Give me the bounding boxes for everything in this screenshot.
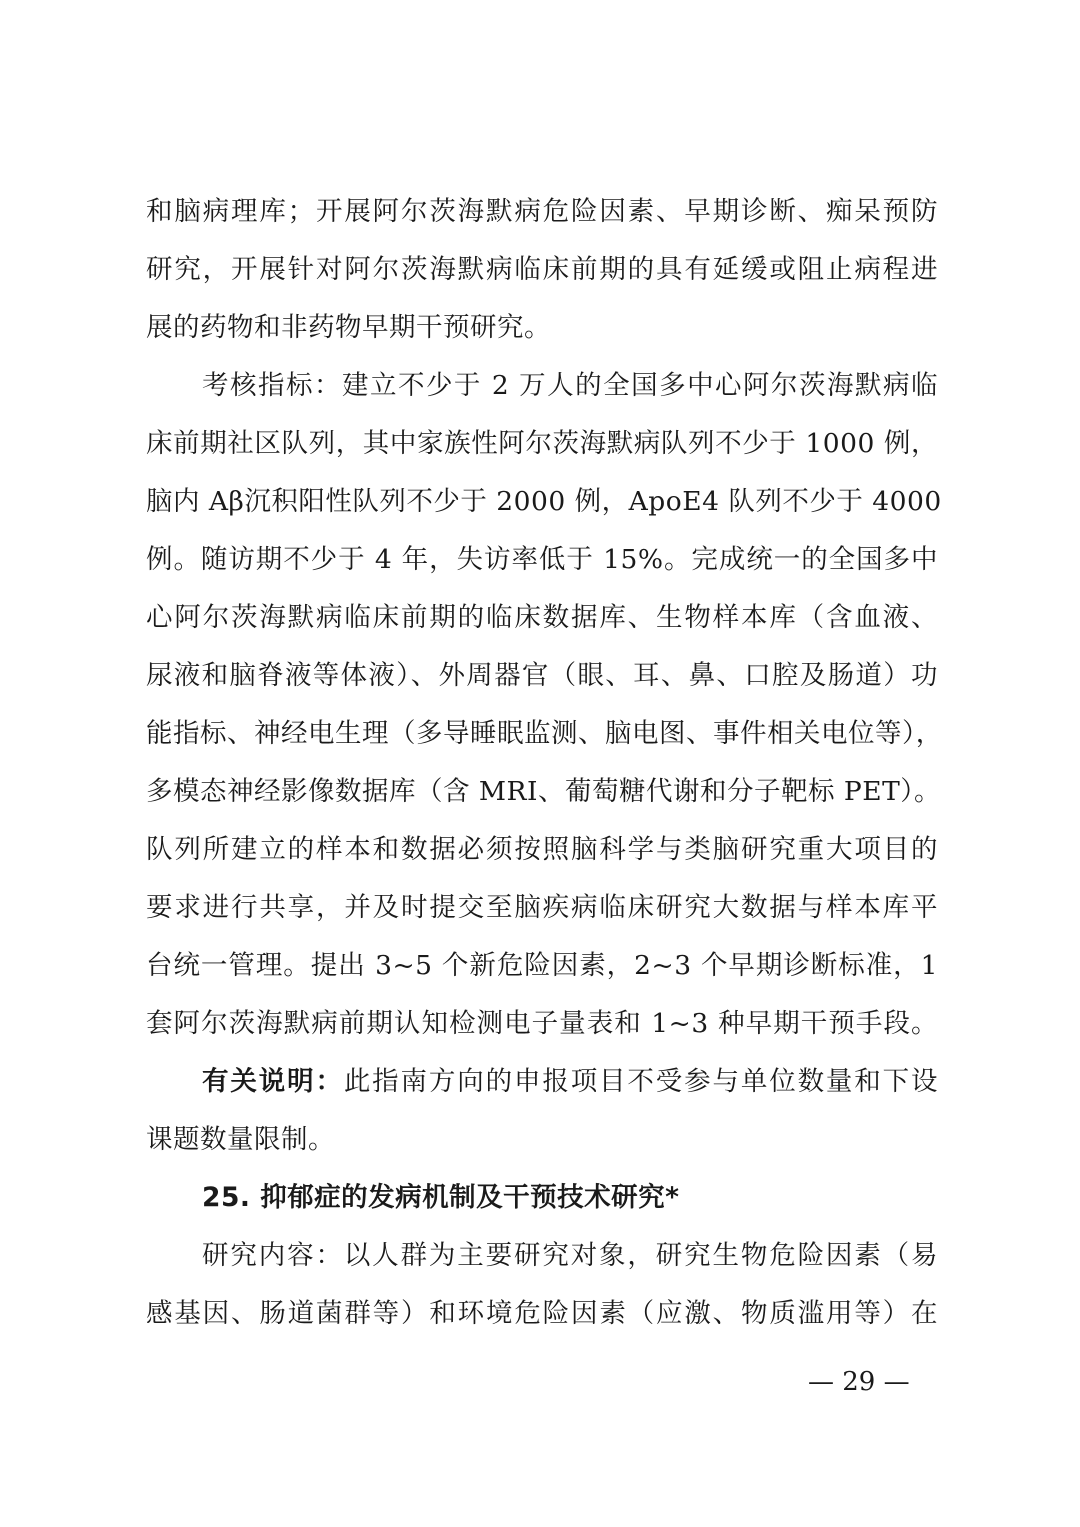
text-line: 能指标、神经电生理（多导睡眠监测、脑电图、事件相关电位等）， bbox=[146, 714, 938, 754]
text-line: 要求进行共享，并及时提交至脑疾病临床研究大数据与样本库平 bbox=[146, 888, 938, 928]
section-heading: 25. 抑郁症的发病机制及干预技术研究* bbox=[202, 1178, 938, 1218]
text-line: 课题数量限制。 bbox=[146, 1120, 938, 1160]
related-notes-text: 此指南方向的申报项目不受参与单位数量和下设 bbox=[344, 1066, 938, 1097]
text-line: 感基因、肠道菌群等）和环境危险因素（应激、物质滥用等）在 bbox=[146, 1294, 938, 1334]
research-content-label: 研究内容： bbox=[202, 1240, 344, 1271]
text-line: 尿液和脑脊液等体液）、外周器官（眼、耳、鼻、口腔及肠道）功 bbox=[146, 656, 938, 696]
text-line: 例。随访期不少于 4 年，失访率低于 15%。完成统一的全国多中 bbox=[146, 540, 938, 580]
assessment-indicators-text: 建立不少于 2 万人的全国多中心阿尔茨海默病临 bbox=[342, 370, 938, 401]
section-number: 25. bbox=[202, 1182, 250, 1213]
page-number: — 29 — bbox=[808, 1364, 918, 1400]
text-line: 套阿尔茨海默病前期认知检测电子量表和 1~3 种早期干预手段。 bbox=[146, 1004, 938, 1044]
text-line: 心阿尔茨海默病临床前期的临床数据库、生物样本库（含血液、 bbox=[146, 598, 938, 638]
research-content-text: 以人群为主要研究对象，研究生物危险因素（易 bbox=[344, 1240, 938, 1271]
text-line: 台统一管理。提出 3~5 个新危险因素，2~3 个早期诊断标准，1 bbox=[146, 946, 938, 986]
research-content-first-line: 研究内容：以人群为主要研究对象，研究生物危险因素（易 bbox=[202, 1236, 938, 1276]
text-line: 研究，开展针对阿尔茨海默病临床前期的具有延缓或阻止病程进 bbox=[146, 250, 938, 290]
text-line: 和脑病理库；开展阿尔茨海默病危险因素、早期诊断、痴呆预防 bbox=[146, 192, 938, 232]
section-title: 抑郁症的发病机制及干预技术研究* bbox=[260, 1182, 679, 1213]
text-line: 展的药物和非药物早期干预研究。 bbox=[146, 308, 938, 348]
text-line: 床前期社区队列，其中家族性阿尔茨海默病队列不少于 1000 例， bbox=[146, 424, 938, 464]
text-line: 脑内 Aβ沉积阳性队列不少于 2000 例，ApoE4 队列不少于 4000 bbox=[146, 482, 938, 522]
related-notes-first-line: 有关说明：此指南方向的申报项目不受参与单位数量和下设 bbox=[202, 1062, 938, 1102]
assessment-indicators-label: 考核指标： bbox=[202, 370, 342, 401]
related-notes-label: 有关说明： bbox=[202, 1066, 344, 1097]
text-line: 队列所建立的样本和数据必须按照脑科学与类脑研究重大项目的 bbox=[146, 830, 938, 870]
text-line: 多模态神经影像数据库（含 MRI、葡萄糖代谢和分子靶标 PET）。 bbox=[146, 772, 938, 812]
assessment-indicators-first-line: 考核指标：建立不少于 2 万人的全国多中心阿尔茨海默病临 bbox=[202, 366, 938, 406]
document-page: 和脑病理库；开展阿尔茨海默病危险因素、早期诊断、痴呆预防 研究，开展针对阿尔茨海… bbox=[0, 0, 1080, 1527]
